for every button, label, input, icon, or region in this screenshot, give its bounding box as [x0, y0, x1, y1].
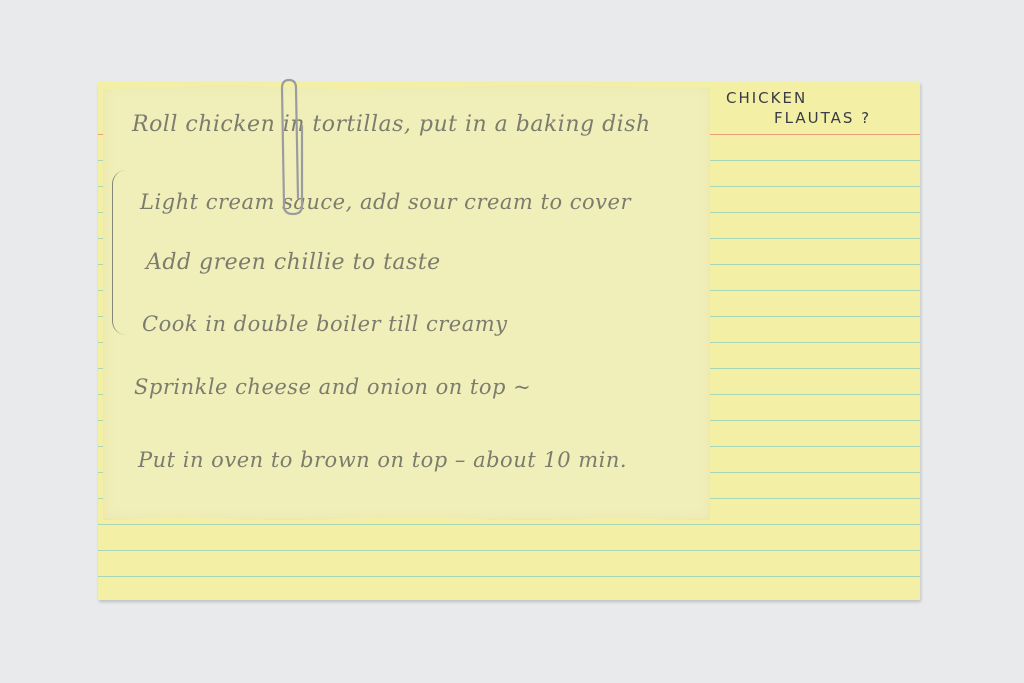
paperclip-icon [276, 78, 306, 216]
note-line-5: Sprinkle cheese and onion on top ~ [134, 375, 531, 399]
bracket-mark [112, 170, 127, 335]
note-line-6: Put in oven to brown on top – about 10 m… [138, 448, 627, 472]
card-title-line-1: CHICKEN [726, 88, 871, 108]
ruled-line [98, 550, 920, 551]
note-line-2: Light cream sauce, add sour cream to cov… [140, 190, 631, 214]
card-title-line-2: FLAUTAS ? [774, 108, 871, 128]
ruled-line [98, 576, 920, 577]
note-line-1: Roll chicken in tortillas, put in a baki… [132, 112, 651, 137]
card-title: CHICKEN FLAUTAS ? [726, 88, 871, 128]
note-line-3: Add green chillie to taste [146, 250, 441, 275]
ruled-line [98, 524, 920, 525]
note-line-4: Cook in double boiler till creamy [142, 312, 508, 336]
